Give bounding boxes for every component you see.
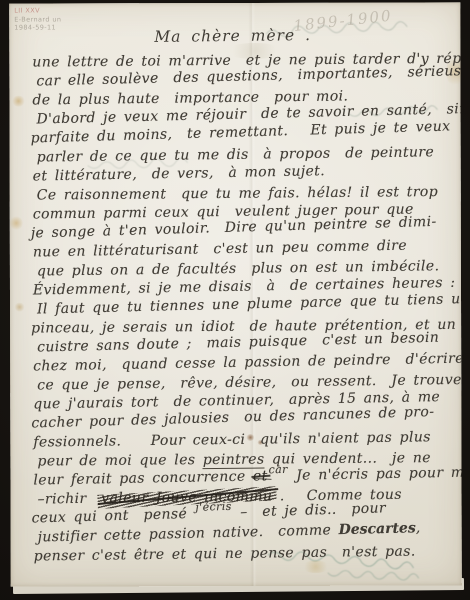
letter-text: –richir xyxy=(37,491,101,508)
letter-text: Je n'écris pas pour m'en xyxy=(289,464,462,484)
salutation: Ma chère mère . xyxy=(154,26,311,46)
catalog-mark: E-Bernard un xyxy=(14,15,61,24)
letter-text: fessionnels. Pour ceux-ci qu'ils n'aient… xyxy=(33,429,431,450)
catalog-mark: LII XXV xyxy=(14,6,61,15)
letter-text-scribble: et xyxy=(253,468,268,484)
letter-text: – et je dis.. pour xyxy=(233,500,387,520)
letter-body: une lettre de toi m'arrive et je ne puis… xyxy=(32,52,455,566)
foxing-stain xyxy=(14,303,25,312)
photo-frame: LII XXV E-Bernard un 1984-59-11 1899-190… xyxy=(0,0,470,600)
letter-text: peur de moi que les xyxy=(37,452,202,469)
letter-text: penser c'est être et qui ne pense pas n'… xyxy=(34,544,416,565)
letter-text-underline: peintres xyxy=(203,452,265,470)
foxing-stain xyxy=(11,96,25,107)
letter-page: LII XXV E-Bernard un 1984-59-11 1899-190… xyxy=(9,2,462,586)
catalog-mark: 1984-59-11 xyxy=(14,23,61,32)
archival-annotations: LII XXV E-Bernard un 1984-59-11 xyxy=(14,6,61,32)
letter-text-insert: j'écris xyxy=(195,497,232,517)
letter-text: leur ferait pas concurrence xyxy=(33,469,253,489)
letter-text-insert: car xyxy=(268,460,288,479)
foxing-stain xyxy=(10,216,23,231)
letter-text: , xyxy=(416,520,421,536)
letter-text: ceux qui ont pensé xyxy=(31,506,194,527)
letter-text: et littérature, de vers, à mon sujet. xyxy=(33,163,326,184)
letter-text-bold: Descartes xyxy=(338,520,416,538)
